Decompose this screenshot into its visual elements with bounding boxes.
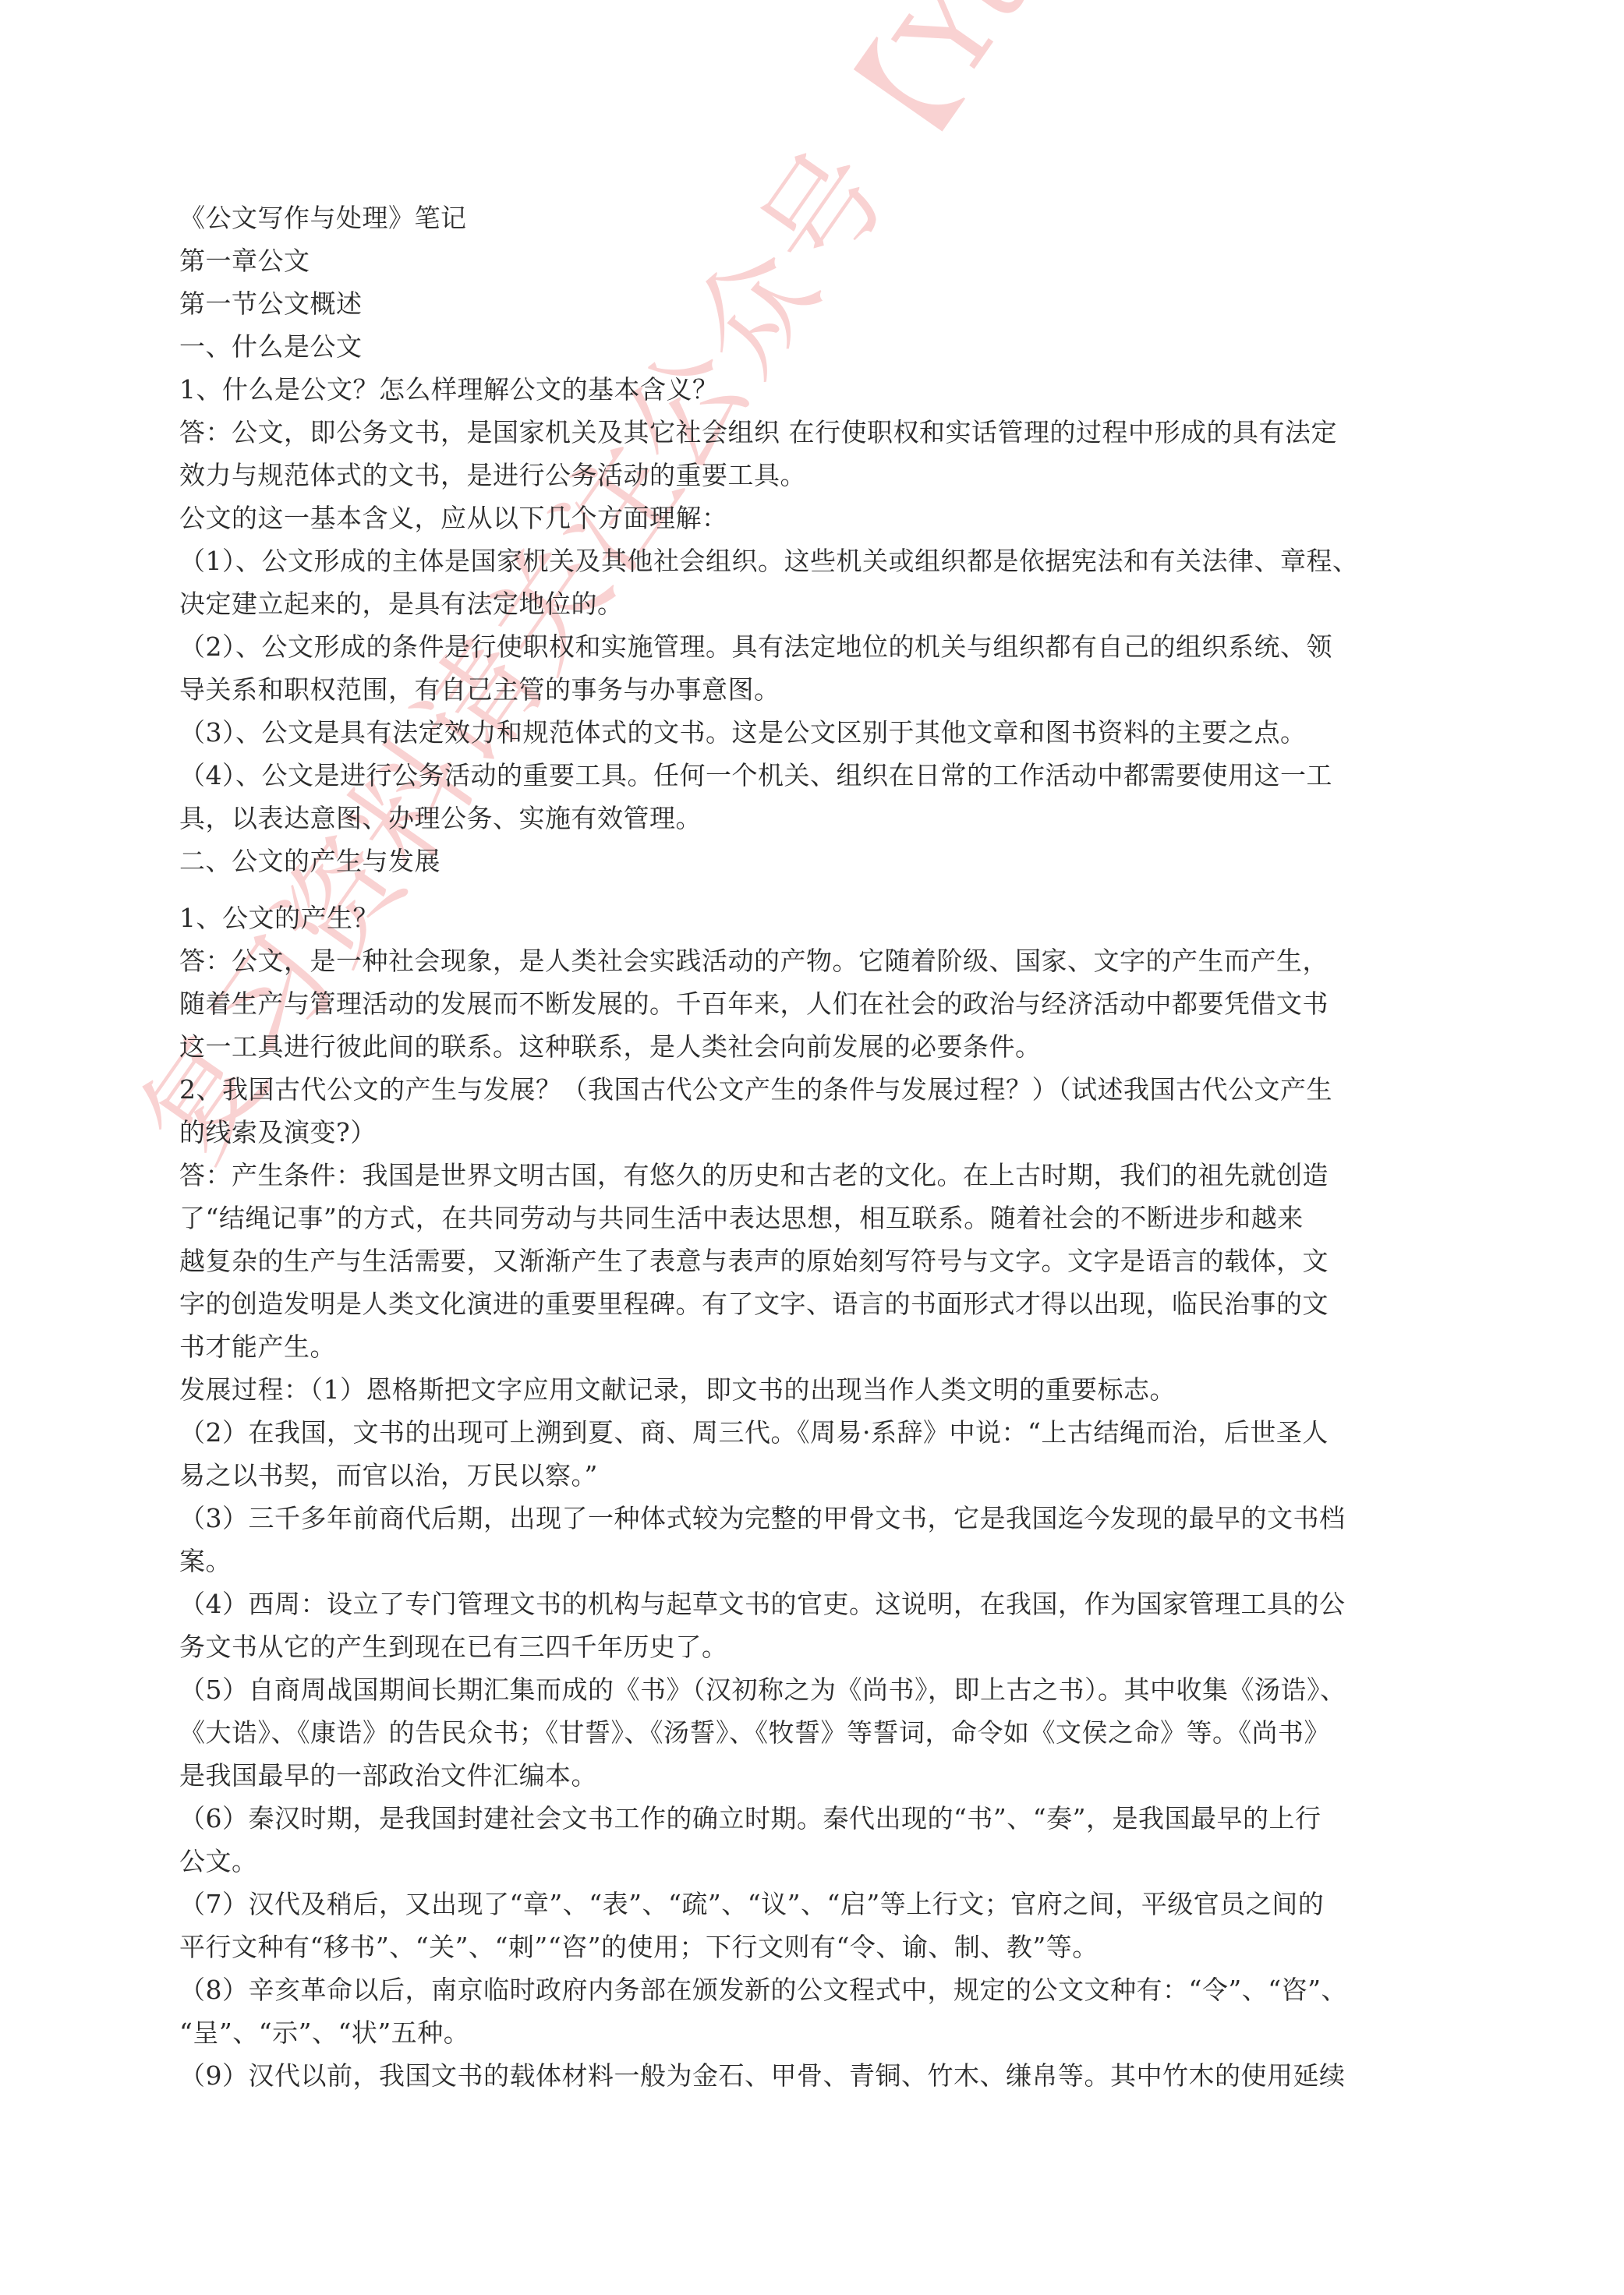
document-title: 《公文写作与处理》笔记 xyxy=(179,196,1450,239)
text-line: 案。 xyxy=(179,1540,1450,1582)
text-line: 的线索及演变?） xyxy=(179,1111,1450,1154)
text-line: （4）、公文是进行公务活动的重要工具。任何一个机关、组织在日常的工作活动中都需要… xyxy=(179,754,1450,797)
text-line: （5）自商周战国期间长期汇集而成的《书》（汉初称之为《尚书》，即上古之书）。其中… xyxy=(179,1668,1450,1711)
text-line: 效力与规范体式的文书，是进行公务活动的重要工具。 xyxy=(179,454,1450,497)
text-line: （9）汉代以前，我国文书的载体材料一般为金石、甲骨、青铜、竹木、缣帛等。其中竹木… xyxy=(179,2054,1450,2097)
text-line: 2、我国古代公文的产生与发展？（我国古代公文产生的条件与发展过程？）（试述我国古… xyxy=(179,1068,1450,1111)
text-line: 答：公文，即公务文书，是国家机关及其它社会组织 在行使职权和实话管理的过程中形成… xyxy=(179,411,1450,454)
text-line: 平行文种有“移书”、“关”、“刺”“咨”的使用；下行文则有“令、谕、制、教”等。 xyxy=(179,1925,1450,1968)
text-line: 字的创造发明是人类文化演进的重要里程碑。有了文字、语言的书面形式才得以出现，临民… xyxy=(179,1282,1450,1325)
text-line: 务文书从它的产生到现在已有三四千年历史了。 xyxy=(179,1625,1450,1668)
text-line: 这一工具进行彼此间的联系。这种联系，是人类社会向前发展的必要条件。 xyxy=(179,1025,1450,1068)
document-page: 《公文写作与处理》笔记 第一章公文 第一节公文概述 一、什么是公文 1、什么是公… xyxy=(179,196,1450,2097)
text-line: （3）三千多年前商代后期，出现了一种体式较为完整的甲骨文书，它是我国迄今发现的最… xyxy=(179,1497,1450,1540)
part1-body: 1、什么是公文？怎么样理解公文的基本含义？ 答：公文，即公务文书，是国家机关及其… xyxy=(179,368,1450,840)
text-line: （3）、公文是具有法定效力和规范体式的文书。这是公文区别于其他文章和图书资料的主… xyxy=(179,711,1450,754)
text-line: 具，以表达意图、办理公务、实施有效管理。 xyxy=(179,797,1450,840)
text-line: 《大诰》、《康诰》的告民众书；《甘誓》、《汤誓》、《牧誓》等誓词，命令如《文侯之… xyxy=(179,1711,1450,1754)
text-line: 是我国最早的一部政治文件汇编本。 xyxy=(179,1754,1450,1797)
text-line: 了“结绳记事”的方式，在共同劳动与共同生活中表达思想，相互联系。随着社会的不断进… xyxy=(179,1197,1450,1239)
text-line: 公文。 xyxy=(179,1840,1450,1883)
subheading-what-is-document: 一、什么是公文 xyxy=(179,325,1450,368)
text-line: （7）汉代及稍后，又出现了“章”、“表”、“疏”、“议”、“启”等上行文；官府之… xyxy=(179,1883,1450,1925)
text-line: 越复杂的生产与生活需要，又渐渐产生了表意与表声的原始刻写符号与文字。文字是语言的… xyxy=(179,1239,1450,1282)
section-heading: 第一节公文概述 xyxy=(179,282,1450,325)
text-line: 答：公文，是一种社会现象，是人类社会实践活动的产物。它随着阶级、国家、文字的产生… xyxy=(179,939,1450,982)
text-line: 公文的这一基本含义，应从以下几个方面理解： xyxy=(179,497,1450,539)
text-line: 1、公文的产生？ xyxy=(179,896,1450,939)
text-line: （1）、公文形成的主体是国家机关及其他社会组织。这些机关或组织都是依据宪法和有关… xyxy=(179,539,1450,582)
text-line: 导关系和职权范围，有自己主管的事务与办事意图。 xyxy=(179,668,1450,711)
text-line: 易之以书契，而官以治，万民以察。” xyxy=(179,1454,1450,1497)
text-line: 1、什么是公文？怎么样理解公文的基本含义？ xyxy=(179,368,1450,411)
subheading-origin-development: 二、公文的产生与发展 xyxy=(179,840,1450,882)
text-line: 书才能产生。 xyxy=(179,1325,1450,1368)
text-line: （2）在我国，文书的出现可上溯到夏、商、周三代。《周易·系辞》中说：“上古结绳而… xyxy=(179,1411,1450,1454)
text-line: 答：产生条件：我国是世界文明古国，有悠久的历史和古老的文化。在上古时期，我们的祖… xyxy=(179,1154,1450,1197)
spacer xyxy=(179,882,1450,896)
text-line: 决定建立起来的，是具有法定地位的。 xyxy=(179,582,1450,625)
text-line: 随着生产与管理活动的发展而不断发展的。千百年来，人们在社会的政治与经济活动中都要… xyxy=(179,982,1450,1025)
part2-body: 1、公文的产生？ 答：公文，是一种社会现象，是人类社会实践活动的产物。它随着阶级… xyxy=(179,896,1450,2097)
text-line: （2）、公文形成的条件是行使职权和实施管理。具有法定地位的机关与组织都有自己的组… xyxy=(179,625,1450,668)
chapter-heading: 第一章公文 xyxy=(179,239,1450,282)
text-line: （8）辛亥革命以后，南京临时政府内务部在颁发新的公文程式中，规定的公文文种有：“… xyxy=(179,1968,1450,2011)
text-line: （6）秦汉时期，是我国封建社会文书工作的确立时期。秦代出现的“书”、“奏”，是我… xyxy=(179,1797,1450,1840)
text-line: 发展过程：（1）恩格斯把文字应用文献记录，即文书的出现当作人类文明的重要标志。 xyxy=(179,1368,1450,1411)
text-line: （4）西周：设立了专门管理文书的机构与起草文书的官吏。这说明，在我国，作为国家管… xyxy=(179,1582,1450,1625)
text-line: “呈”、“示”、“状”五种。 xyxy=(179,2011,1450,2054)
